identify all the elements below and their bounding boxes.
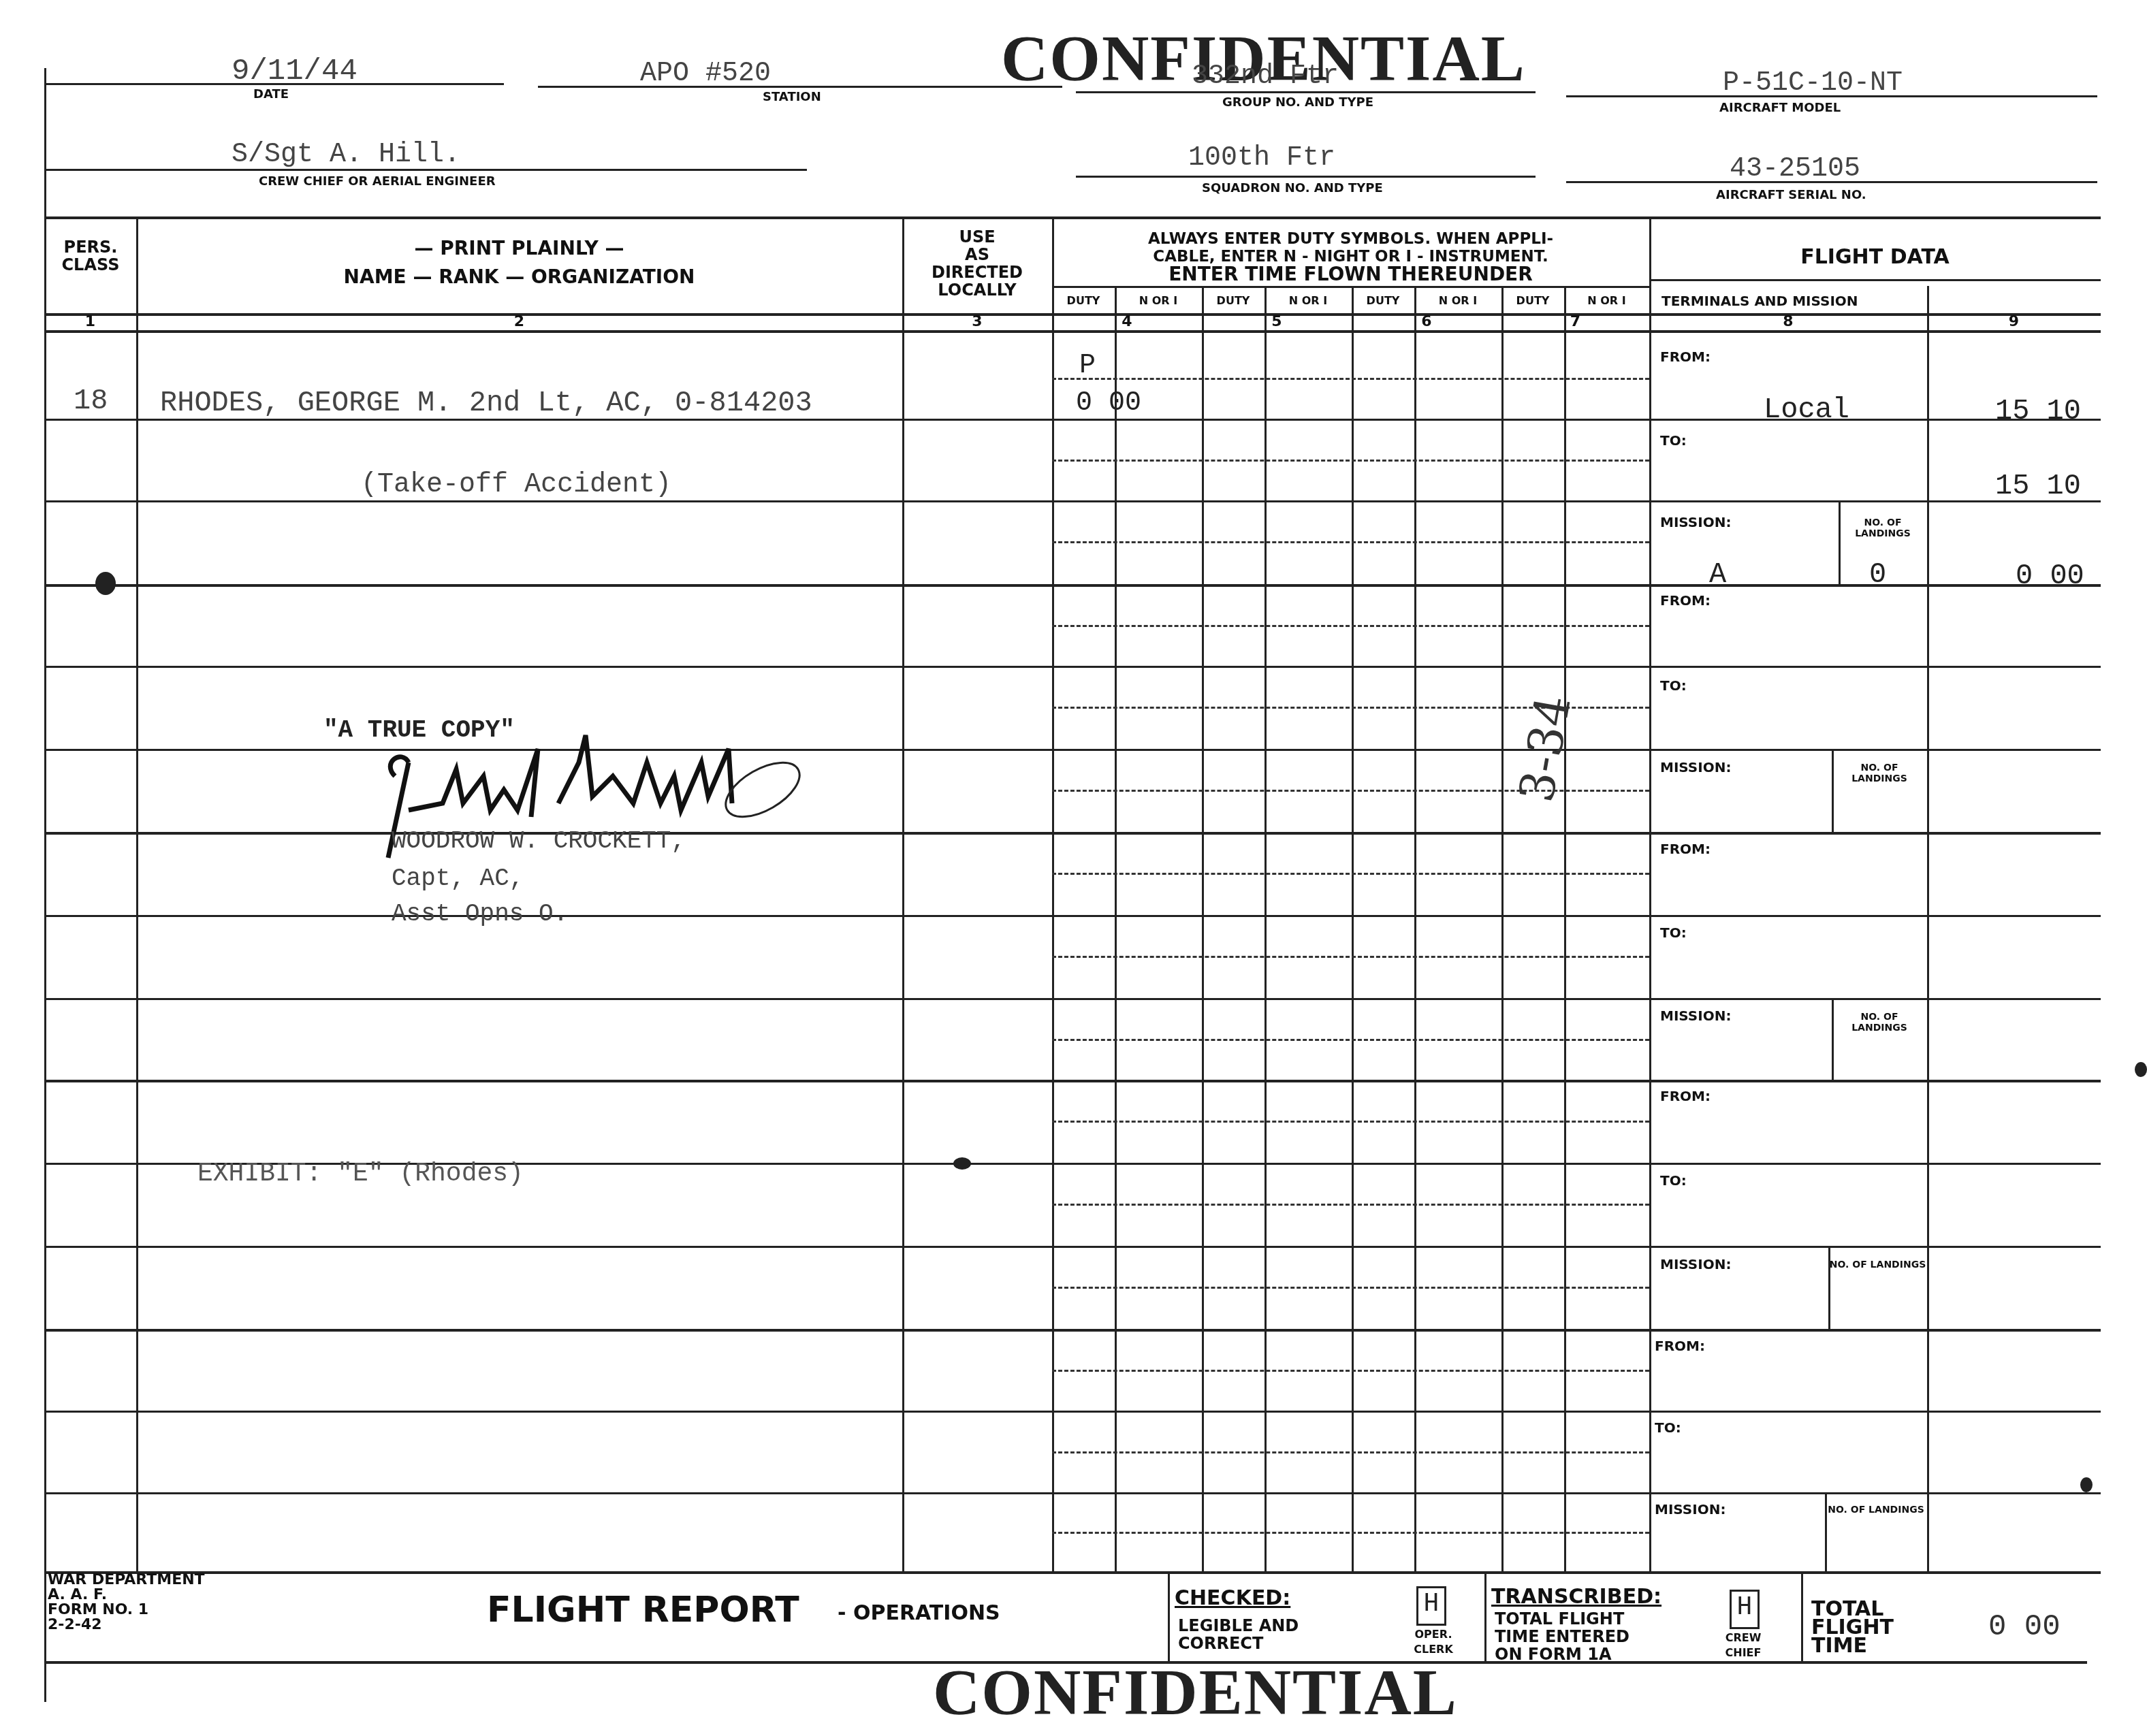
directed-line: DIRECTED <box>902 263 1052 281</box>
n-or-i-header-5: N OR I <box>1265 294 1352 307</box>
accident-note: (Take-off Accident) <box>361 470 671 500</box>
col-num-7: 7 <box>1501 313 1649 330</box>
to-label-1: TO: <box>1660 432 1687 449</box>
to-label-5: TO: <box>1655 1419 1681 1436</box>
to-label-2: TO: <box>1660 677 1687 694</box>
from-label-3: FROM: <box>1660 841 1711 857</box>
aircraft-serial-label: AIRCRAFT SERIAL NO. <box>1716 188 1866 202</box>
duty-header-5: DUTY <box>1202 294 1265 307</box>
form-title: FLIGHT REPORT <box>487 1590 799 1630</box>
terminals-mission-header: TERMINALS AND MISSION <box>1661 293 1858 309</box>
col-num-3: 3 <box>902 313 1052 330</box>
dept-line-3: FORM NO. 1 <box>48 1603 205 1618</box>
punch-mark <box>95 572 116 595</box>
signer-title: Asst Opns O. <box>392 900 568 928</box>
oper-label-line-1: OPER. <box>1399 1627 1467 1642</box>
duty-header-6: DUTY <box>1352 294 1414 307</box>
to-label-4: TO: <box>1660 1172 1687 1189</box>
crew-label-line-2: CHIEF <box>1709 1645 1777 1660</box>
punch-mark <box>2135 1062 2147 1077</box>
print-plainly-header: — PRINT PLAINLY — <box>136 237 902 259</box>
from-value-1: Local <box>1764 393 1849 426</box>
instr-line-1: ALWAYS ENTER DUTY SYMBOLS. WHEN APPLI- <box>1052 230 1649 248</box>
as-line: AS <box>902 246 1052 263</box>
exhibit-label: EXHIBIT: "E" (Rhodes) <box>197 1159 524 1189</box>
signer-name: WOODROW W. CROCKETT, <box>392 827 686 855</box>
pers-class-value: 18 <box>74 385 108 417</box>
instr-line-3: ENTER TIME FLOWN THEREUNDER <box>1052 266 1649 283</box>
from-label-5: FROM: <box>1655 1338 1705 1354</box>
total-line-3: TIME <box>1811 1637 1894 1655</box>
station-label: STATION <box>763 90 821 104</box>
mission-value-1: A <box>1709 558 1726 591</box>
pers-class-header: PERS. CLASS <box>46 238 135 274</box>
signer-rank: Capt, AC, <box>392 865 524 893</box>
punch-mark <box>2080 1477 2093 1492</box>
oper-clerk-label: OPER. CLERK <box>1399 1627 1467 1657</box>
dept-line-1: WAR DEPARTMENT <box>48 1573 205 1588</box>
squadron-label: SQUADRON NO. AND TYPE <box>1202 181 1383 195</box>
n-or-i-header-6: N OR I <box>1414 294 1501 307</box>
confidential-stamp-bottom: CONFIDENTIAL <box>933 1654 1458 1730</box>
mission-label-3: MISSION: <box>1660 1008 1731 1024</box>
crew-label-line-1: CREW <box>1709 1630 1777 1645</box>
duty-instructions: ALWAYS ENTER DUTY SYMBOLS. WHEN APPLI- C… <box>1052 230 1649 283</box>
use-as-directed-header: USE AS DIRECTED LOCALLY <box>902 228 1052 299</box>
dept-line-4: 2-2-42 <box>48 1618 205 1633</box>
mission-label-1: MISSION: <box>1660 514 1731 530</box>
from-label-4: FROM: <box>1660 1088 1711 1104</box>
legible-label: LEGIBLE AND CORRECT <box>1178 1617 1299 1652</box>
transcribed-line-3: ON FORM 1A <box>1495 1645 1629 1663</box>
to-label-3: TO: <box>1660 925 1687 941</box>
landings-label-4: NO. OF LANDINGS <box>1828 1259 1927 1270</box>
station-value: APO #520 <box>640 59 771 89</box>
mission-time-1: 0 00 <box>2016 560 2084 592</box>
mission-label-5: MISSION: <box>1655 1501 1725 1517</box>
total-flight-time-label: TOTAL FLIGHT TIME <box>1811 1600 1894 1655</box>
group-label: GROUP NO. AND TYPE <box>1222 95 1373 110</box>
duty-symbol: P <box>1079 351 1096 381</box>
crew-chief-label: CREW CHIEF OR AERIAL ENGINEER <box>259 174 496 189</box>
crew-chief-initial: H <box>1730 1593 1760 1622</box>
aircraft-model-value: P-51C-10-NT <box>1723 68 1903 99</box>
dept-line-2: A. A. F. <box>48 1588 205 1603</box>
landings-label-3: NO. OF LANDINGS <box>1832 1012 1927 1033</box>
mission-label-2: MISSION: <box>1660 759 1731 775</box>
checked-label: CHECKED: <box>1175 1586 1290 1610</box>
duty-time: 0 00 <box>1076 388 1141 419</box>
total-flight-time-value: 0 00 <box>1988 1610 2061 1644</box>
transcribed-label: TRANSCRIBED: <box>1491 1585 1661 1609</box>
col-num-8: 8 <box>1649 313 1927 330</box>
from-time-1: 15 10 <box>1995 395 2081 428</box>
n-or-i-header-7: N OR I <box>1564 294 1649 307</box>
mission-label-4: MISSION: <box>1660 1256 1731 1272</box>
transcribed-line-1: TOTAL FLIGHT <box>1495 1610 1629 1628</box>
legible-line-2: CORRECT <box>1178 1635 1299 1652</box>
locally-line: LOCALLY <box>902 281 1052 299</box>
aircraft-serial-value: 43-25105 <box>1730 154 1860 184</box>
col-num-5: 5 <box>1202 313 1352 330</box>
transcribed-text: TOTAL FLIGHT TIME ENTERED ON FORM 1A <box>1495 1610 1629 1663</box>
aircraft-model-label: AIRCRAFT MODEL <box>1719 101 1841 115</box>
n-or-i-header-4: N OR I <box>1115 294 1202 307</box>
punch-mark <box>953 1157 971 1170</box>
crew-member-name: RHODES, GEORGE M. 2nd Lt, AC, 0-814203 <box>160 387 812 419</box>
col-num-1: 1 <box>44 313 136 330</box>
col-num-2: 2 <box>136 313 902 330</box>
landings-value-1: 0 <box>1869 558 1886 591</box>
group-value: 332nd Ftr <box>1192 61 1339 92</box>
legible-line-1: LEGIBLE AND <box>1178 1617 1299 1635</box>
war-dept-block: WAR DEPARTMENT A. A. F. FORM NO. 1 2-2-4… <box>48 1573 205 1633</box>
landings-label-5: NO. OF LANDINGS <box>1825 1505 1927 1515</box>
name-rank-org-header: NAME — RANK — ORGANIZATION <box>136 266 902 288</box>
oper-clerk-initial: H <box>1416 1590 1446 1619</box>
col-num-4: 4 <box>1052 313 1202 330</box>
crew-chief-value: S/Sgt A. Hill. <box>232 140 460 170</box>
use-line: USE <box>902 228 1052 246</box>
col-num-6: 6 <box>1352 313 1501 330</box>
landings-label-1: NO. OF LANDINGS <box>1839 517 1927 539</box>
duty-header-4: DUTY <box>1052 294 1115 307</box>
duty-header-7: DUTY <box>1501 294 1564 307</box>
crew-chief-label: CREW CHIEF <box>1709 1630 1777 1660</box>
from-label-1: FROM: <box>1660 349 1711 365</box>
col-num-9: 9 <box>1927 313 2101 330</box>
form-subtitle: - OPERATIONS <box>838 1601 1000 1625</box>
landings-label-2: NO. OF LANDINGS <box>1832 762 1927 784</box>
transcribed-line-2: TIME ENTERED <box>1495 1628 1629 1645</box>
squadron-value: 100th Ftr <box>1188 143 1335 174</box>
flight-data-header: FLIGHT DATA <box>1649 245 2101 269</box>
from-label-2: FROM: <box>1660 592 1711 609</box>
to-time-1: 15 10 <box>1995 470 2081 502</box>
date-label: DATE <box>253 87 289 101</box>
